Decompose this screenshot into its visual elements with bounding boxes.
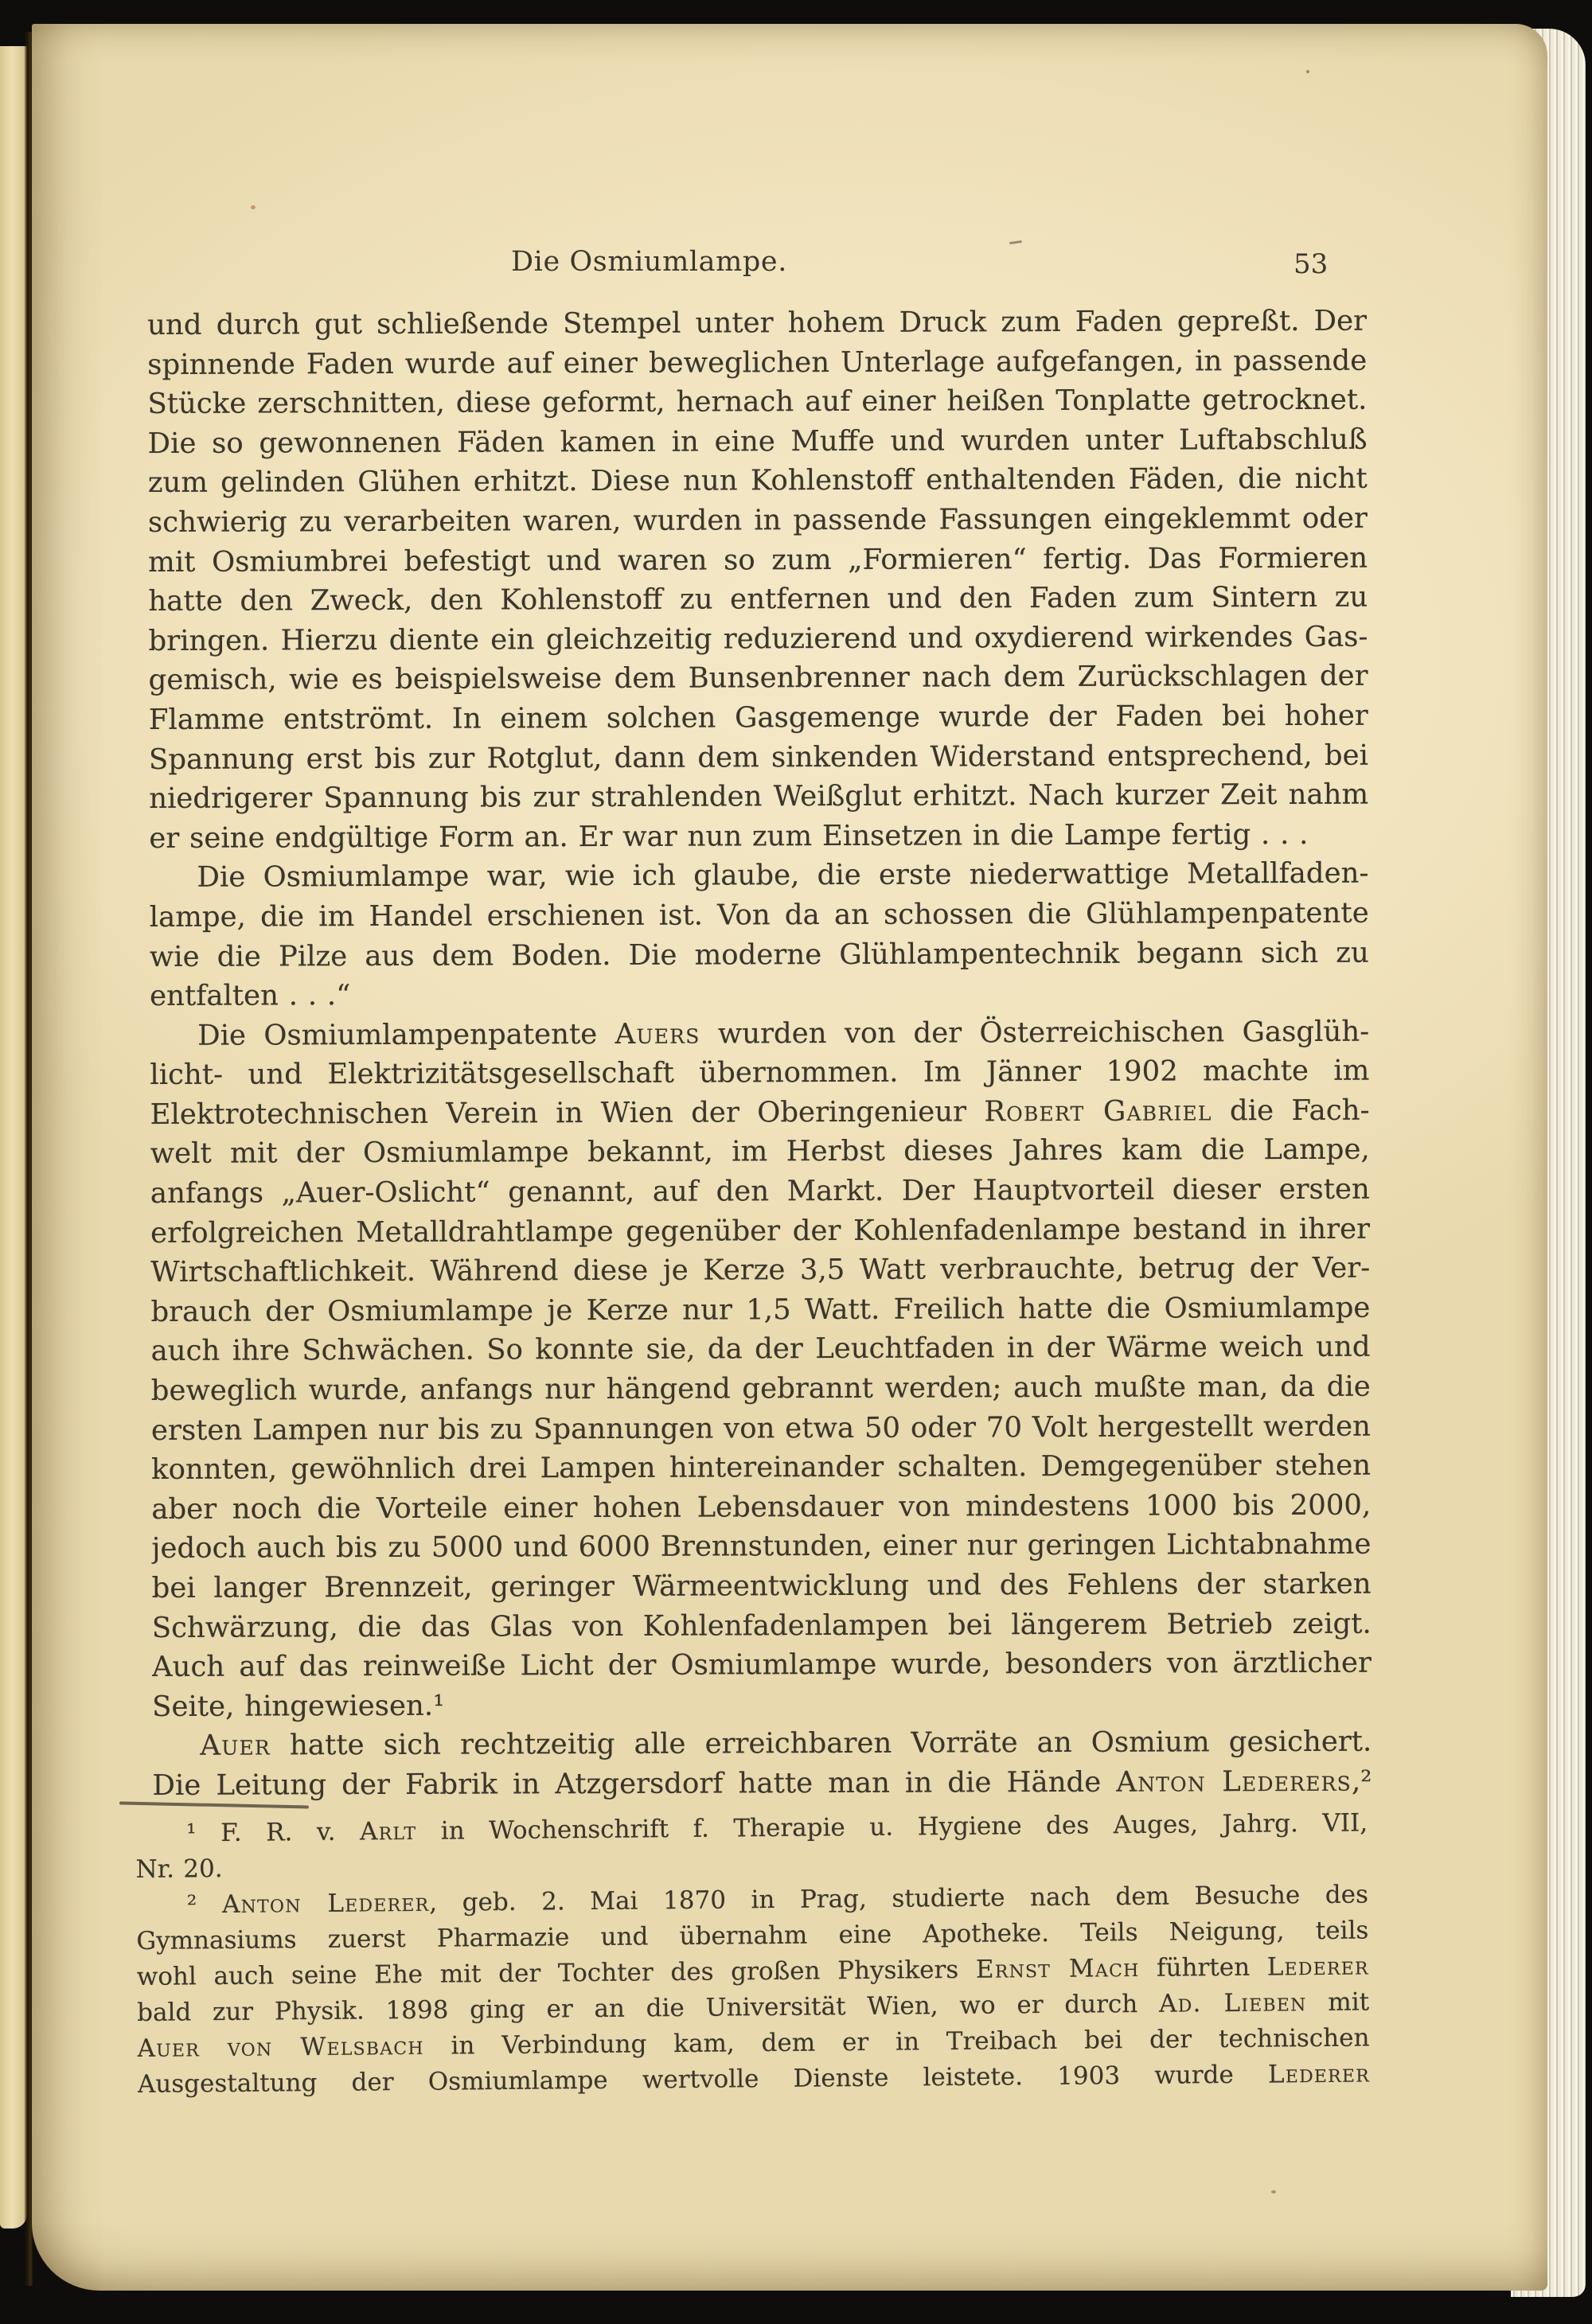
text-line: beweglich wurde, anfangs nur hängend geb… — [151, 1367, 1371, 1411]
text-line: Wirtschaftlichkeit. Während diese je Ker… — [150, 1249, 1370, 1293]
text-line: ersten Lampen nur bis zu Spannungen von … — [151, 1406, 1371, 1450]
text-line: Stücke zerschnitten, diese geformt, hern… — [147, 380, 1367, 424]
text-line: auch ihre Schwächen. So konnte sie, da d… — [151, 1328, 1371, 1371]
text-line: hatte den Zweck, den Kohlenstoff zu entf… — [148, 578, 1368, 622]
text-line: Spannung erst bis zur Rotglut, dann dem … — [149, 735, 1368, 779]
text-line: Die Osmiumlampenpatente Auers wurden von… — [150, 1012, 1369, 1055]
text-line: Seite, hingewiesen.¹ — [152, 1683, 1372, 1726]
text-line: jedoch auch bis zu 5000 und 6000 Brennst… — [151, 1525, 1371, 1569]
smallcaps-name: Arlt — [360, 1817, 417, 1846]
text-line: Die Osmiumlampe war, wie ich glaube, die… — [149, 854, 1368, 898]
text-line: entfalten . . .“ — [150, 973, 1369, 1016]
book-scan: Die Osmiumlampe. 53 und durch gut schlie… — [0, 0, 1592, 2324]
paper-speck — [1306, 70, 1309, 73]
previous-page-edge — [0, 46, 27, 2228]
smallcaps-name: Ad. Lieben — [1159, 1988, 1307, 2018]
text-line: Schwärzung, die das Glas von Kohlenfaden… — [152, 1604, 1372, 1647]
text-line: Auch auf das reinweiße Licht der Osmiuml… — [152, 1644, 1372, 1687]
text-line: wie die Pilze aus dem Boden. Die moderne… — [150, 933, 1369, 977]
text-line: licht- und Elektrizitätsgesellschaft übe… — [150, 1051, 1369, 1095]
text-line: lampe, die im Handel erschienen ist. Von… — [150, 894, 1369, 938]
smallcaps-name: Auers — [615, 1017, 700, 1050]
text-line: und durch gut schließende Stempel unter … — [147, 302, 1367, 345]
text-line: Flamme entströmt. In einem solchen Gasge… — [149, 696, 1368, 740]
footnotes: ¹ F. R. v. Arlt in Wochenschrift f. Ther… — [135, 1805, 1370, 2102]
paper-speck — [251, 205, 256, 209]
smallcaps-name: Lederer — [1267, 1952, 1369, 1981]
text-line: niedrigerer Spannung bis zur strahlenden… — [149, 775, 1368, 819]
text-line: bringen. Hierzu diente ein gleichzeitig … — [148, 617, 1368, 661]
text-line: brauch der Osmiumlampe je Kerze nur 1,5 … — [150, 1288, 1370, 1332]
text-line: spinnende Faden wurde auf einer beweglic… — [147, 341, 1367, 384]
text-line: anfangs „Auer-Oslicht“ genannt, auf den … — [150, 1170, 1370, 1214]
smallcaps-name: Auer von Welsbach — [137, 2032, 423, 2063]
text-line: Elektrotechnischen Verein in Wien der Ob… — [150, 1091, 1369, 1135]
text-line: bei langer Brennzeit, geringer Wärmeentw… — [152, 1565, 1372, 1608]
smallcaps-name: Robert Gabriel — [984, 1094, 1212, 1128]
smallcaps-name: Anton Lederer — [222, 1889, 430, 1919]
text-line: welt mit der Osmiumlampe bekannt, im Her… — [150, 1130, 1370, 1174]
paper-speck — [1271, 2190, 1276, 2193]
smallcaps-name: Anton Lederers — [1116, 1765, 1352, 1799]
smallcaps-name: Lederer — [1268, 2059, 1370, 2088]
smallcaps-name: Auer — [200, 1729, 271, 1762]
running-title: Die Osmiumlampe. — [511, 246, 787, 278]
text-line: Auer hatte sich rechtzeitig alle erreich… — [152, 1722, 1372, 1766]
text-line: gemisch, wie es beispielsweise dem Bunse… — [149, 657, 1368, 700]
text-line: er seine endgültige Form an. Er war nun … — [149, 814, 1368, 858]
text-line: Die so gewonnenen Fäden kamen in eine Mu… — [148, 419, 1368, 463]
text-line: zum gelinden Glühen erhitzt. Diese nun K… — [148, 459, 1368, 503]
page-number: 53 — [1293, 248, 1328, 280]
text-line: erfolgreichen Metalldrahtlampe gegenüber… — [150, 1209, 1370, 1253]
text-line: schwierig zu verarbeiten waren, wurden i… — [148, 499, 1368, 543]
text-line: mit Osmiumbrei befestigt und waren so zu… — [148, 538, 1368, 582]
body-text: und durch gut schließende Stempel unter … — [147, 302, 1372, 1806]
smallcaps-name: Ernst Mach — [976, 1954, 1140, 1984]
text-line: aber noch die Vorteile einer hohen Leben… — [151, 1485, 1371, 1529]
text-line: konnten, gewöhnlich drei Lampen hinterei… — [151, 1446, 1371, 1490]
text-line: Die Leitung der Fabrik in Atzgersdorf ha… — [152, 1762, 1372, 1806]
